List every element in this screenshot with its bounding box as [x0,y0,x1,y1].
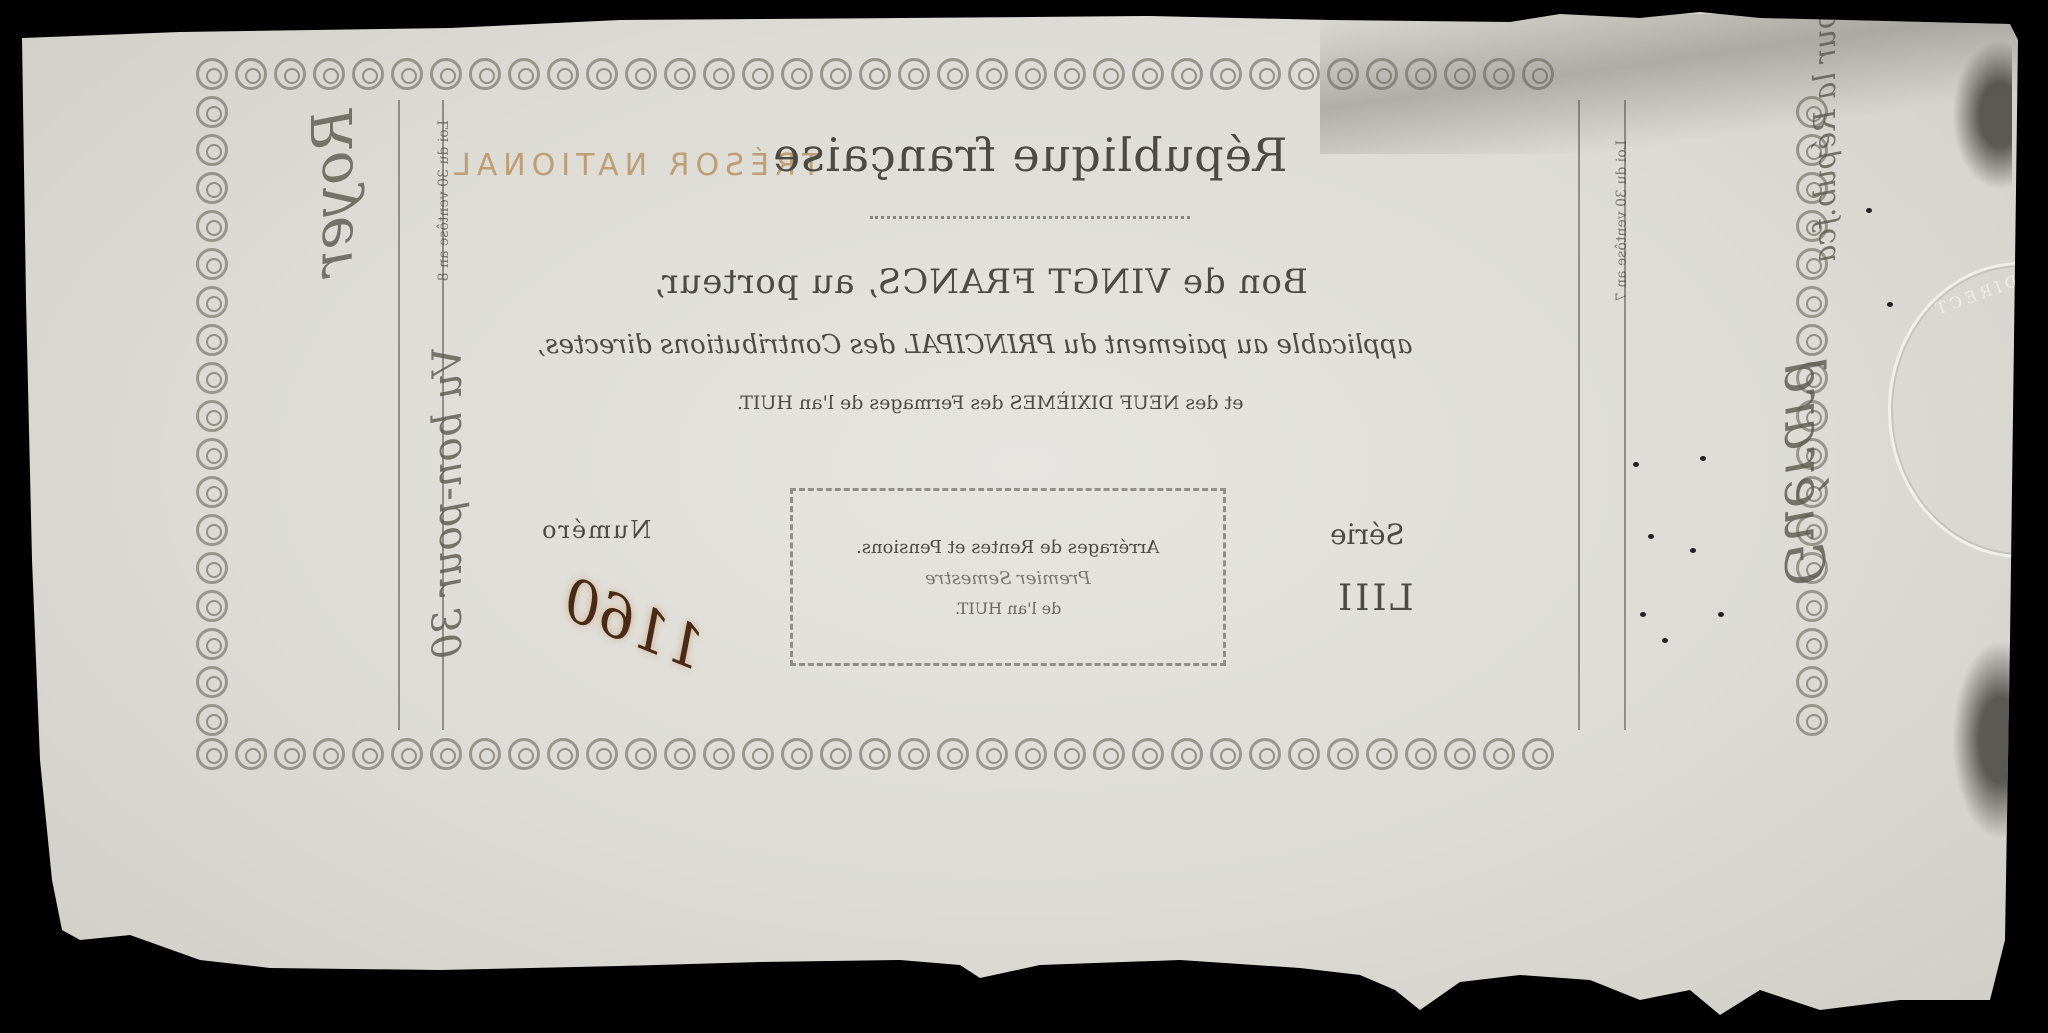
document-title: République française [700,128,1360,182]
bottom-rosette-border [196,738,1554,770]
coupon-line-2: Premier Semestre [925,568,1091,589]
left-outer-rule [398,100,400,730]
bleed-ornament-top [1952,40,2012,190]
numero-handwritten-value: 1160 [553,565,715,683]
bleed-ornament-bottom [1952,640,2012,840]
right-inner-rule [1578,100,1580,730]
pinhole [1633,462,1639,467]
coupon-line-3: de l'an HUIT. [955,599,1061,618]
bond-value-line: Bon de VINGT FRANCS, au porteur, [480,262,1480,302]
pinhole [1700,456,1706,461]
serie-label: Série [1330,518,1405,551]
pinhole [1887,302,1893,307]
right-printed-note: Pour la Répub.fca [1808,0,1843,263]
top-rosette-border [196,58,1554,90]
pinhole [1690,548,1696,553]
title-ornamental-rule [870,216,1190,219]
right-vertical-law-text: Loi du 30 ventôse an 7 [1614,140,1630,301]
pinhole [1662,638,1668,643]
left-rosette-border [196,96,228,736]
right-signature: Guérard [1773,357,1836,585]
coupon-box: Arrérages de Rentes et Pensions. Premier… [790,488,1226,666]
numero-label: Numéro [540,516,651,544]
bond-scope-line: et des NEUF DIXIÈMES des Fermages de l'a… [520,392,1460,414]
serie-value: LIII [1335,578,1414,619]
bond-purpose-line: applicable au paiement du PRINCIPAL des … [440,330,1510,360]
left-signature: Royer [301,109,366,276]
pinhole [1866,208,1872,213]
left-vertical-law-text: Loi du 30 ventôse an 8 [436,120,452,281]
pinhole [1718,612,1724,617]
banknote-paper: Loi du 30 ventôse an 8 Loi du 30 ventôse… [0,0,2048,1033]
left-manuscript-note: Vu bon-pour 30 [425,347,471,659]
pinhole [1648,534,1654,539]
pinhole [1640,612,1646,617]
coupon-line-1: Arrérages de Rentes et Pensions. [856,537,1159,558]
